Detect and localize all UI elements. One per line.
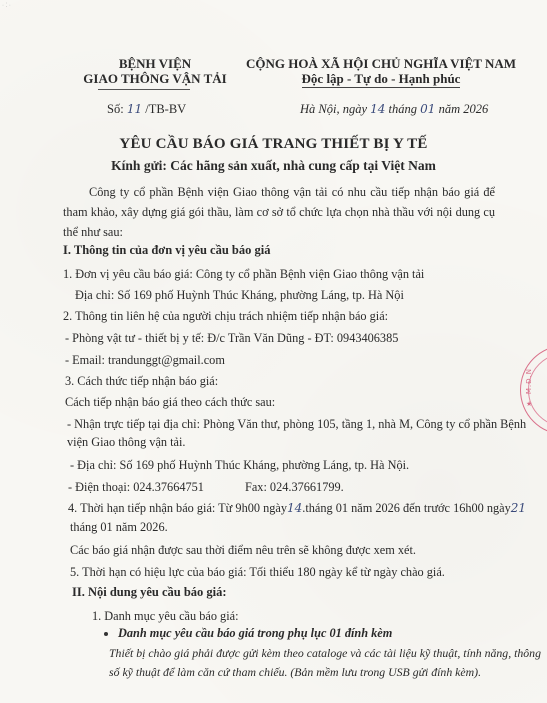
motto: Độc lập - Tự do - Hạnh phúc	[302, 71, 461, 88]
section-2-heading: II. Nội dung yêu cầu báo giá:	[72, 585, 227, 600]
section-1-direct-line-2: viện Giao thông vận tải.	[67, 433, 186, 452]
scan-artifact: · ⁚ ·	[2, 2, 11, 9]
section-1-fax: Fax: 024.37661799.	[245, 478, 344, 497]
section-1-item-2: 2. Thông tin liên hệ của người chịu trác…	[63, 307, 388, 326]
section-1-item-4-note: Các báo giá nhận được sau thời điểm nêu …	[70, 541, 416, 560]
month-handwritten: 01	[420, 102, 435, 116]
document-page: · ⁚ · BỆNH VIỆN GIAO THÔNG VẬN TẢI CỘNG …	[0, 0, 547, 703]
stamp-text: M.Đ.N	[525, 368, 533, 394]
org-underline	[98, 89, 190, 90]
document-number: Số: 11 /TB-BV	[107, 102, 186, 117]
section-1-item-4-line-2: tháng 01 năm 2026.	[70, 518, 168, 537]
section-2-note-line-1: Thiết bị chào giá phải được gửi kèm theo…	[109, 644, 541, 663]
section-1-contact: - Phòng vật tư - thiết bị y tế: Đ/c Trần…	[65, 329, 398, 348]
nation-line: CỘNG HOÀ XÃ HỘI CHỦ NGHĨA VIỆT NAM	[236, 56, 526, 71]
place-date: Hà Nội, ngày 14 tháng 01 năm 2026	[300, 102, 488, 117]
section-1-item-5: 5. Thời hạn có hiệu lực của báo giá: Tối…	[70, 563, 445, 582]
section-1-phone: - Điện thoại: 024.37664751	[68, 478, 204, 497]
section-1-address: - Địa chỉ: Số 169 phố Huỳnh Thúc Kháng, …	[70, 456, 409, 475]
doc-no-handwritten: 11	[127, 102, 142, 116]
section-1-item-1-address: Địa chỉ: Số 169 phố Huỳnh Thúc Kháng, ph…	[75, 286, 404, 305]
organization-name: BỆNH VIỆN GIAO THÔNG VẬN TẢI	[80, 56, 230, 86]
item-4-prefix: 4. Thời hạn tiếp nhận báo giá: Từ 9h00 n…	[68, 501, 287, 515]
section-2-bullet: Danh mục yêu cầu báo giá trong phụ lục 0…	[104, 624, 392, 643]
place-date-prefix: Hà Nội, ngày	[300, 102, 367, 116]
item-4-day-end: 21	[511, 501, 526, 515]
section-1-item-4: 4. Thời hạn tiếp nhận báo giá: Từ 9h00 n…	[68, 499, 526, 518]
section-1-heading: I. Thông tin của đơn vị yêu cầu báo giá	[63, 243, 270, 258]
org-line-1: BỆNH VIỆN	[80, 56, 230, 71]
recipient-line: Kính gửi: Các hãng sản xuất, nhà cung cấ…	[0, 158, 547, 174]
national-title: CỘNG HOÀ XÃ HỘI CHỦ NGHĨA VIỆT NAM Độc l…	[236, 56, 526, 88]
bullet-text: Danh mục yêu cầu báo giá trong phụ lục 0…	[118, 626, 392, 640]
doc-no-suffix: /TB-BV	[145, 102, 186, 116]
month-label: tháng	[389, 102, 417, 116]
intro-paragraph: Công ty cổ phần Bệnh viện Giao thông vận…	[63, 182, 495, 242]
org-line-2: GIAO THÔNG VẬN TẢI	[80, 71, 230, 86]
section-2-note-line-2: số kỹ thuật để làm căn cứ tham chiếu. (B…	[109, 663, 481, 682]
item-4-mid: .tháng 01 năm 2026 đến trước 16h00 ngày	[302, 501, 511, 515]
stamp-star-icon: ★	[526, 400, 532, 408]
section-1-direct-line-1: - Nhận trực tiếp tại địa chỉ: Phòng Văn …	[67, 415, 526, 434]
doc-no-prefix: Số:	[107, 102, 124, 116]
day-handwritten: 14	[370, 102, 385, 116]
section-1-email: - Email: trandunggt@gmail.com	[65, 351, 225, 370]
document-title: YÊU CẦU BÁO GIÁ TRANG THIẾT BỊ Y TẾ	[0, 136, 547, 153]
item-4-day-start: 14	[287, 501, 302, 515]
section-1-item-3: 3. Cách thức tiếp nhận báo giá:	[65, 372, 218, 391]
section-1-method: Cách tiếp nhận báo giá theo cách thức sa…	[65, 393, 275, 412]
section-1-item-1: 1. Đơn vị yêu cầu báo giá: Công ty cổ ph…	[63, 265, 424, 284]
bullet-icon	[104, 632, 108, 636]
year-text: năm 2026	[439, 102, 489, 116]
